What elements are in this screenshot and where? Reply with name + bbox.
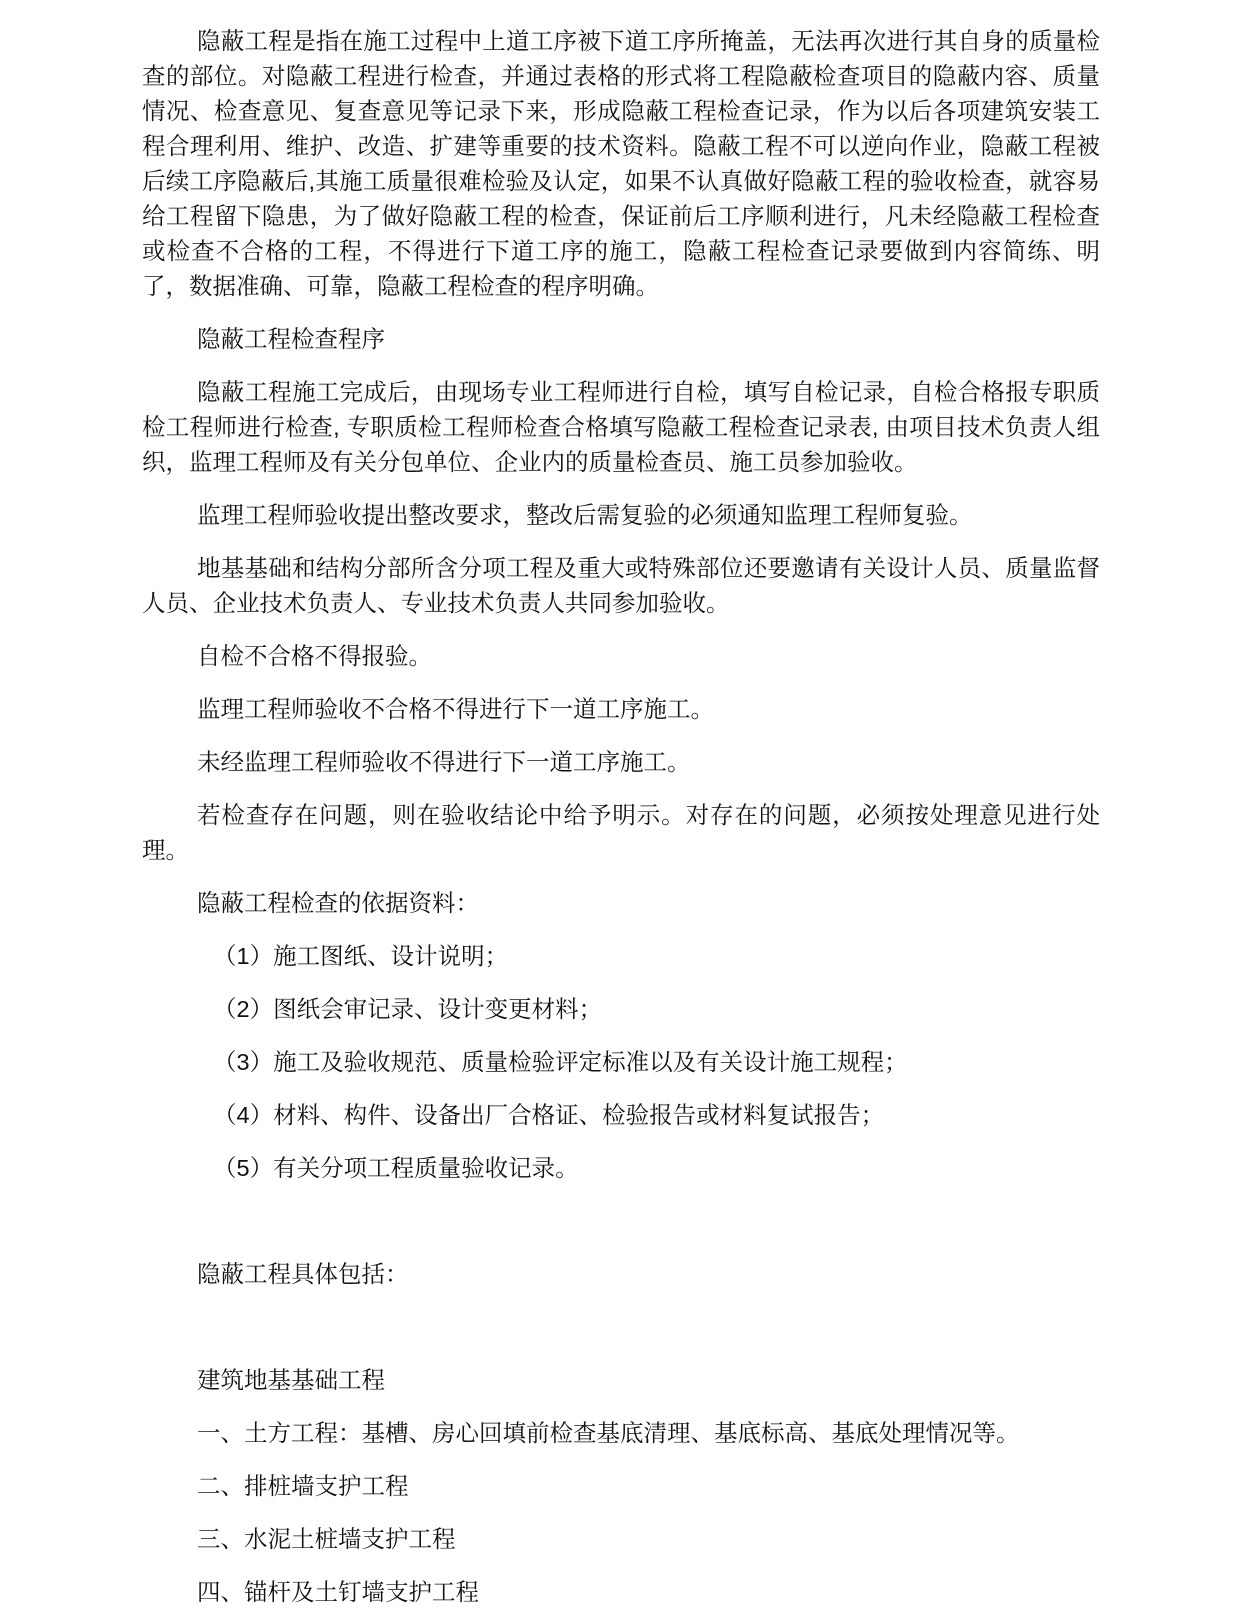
paragraph-definition: 隐蔽工程是指在施工过程中上道工序被下道工序所掩盖，无法再次进行其自身的质量检查的… — [142, 24, 1100, 304]
list-item-cement-soil-pile-wall: 三、水泥土桩墙支护工程 — [142, 1522, 1100, 1557]
list-item-basis-4: （4）材料、构件、设备出厂合格证、检验报告或材料复试报告； — [142, 1098, 1100, 1133]
list-item-basis-2: （2）图纸会审记录、设计变更材料； — [142, 992, 1100, 1027]
paragraph-supervisor-acceptance-fail: 监理工程师验收不合格不得进行下一道工序施工。 — [142, 692, 1100, 727]
heading-building-foundation-works: 建筑地基基础工程 — [142, 1363, 1100, 1398]
paragraph-self-check-fail: 自检不合格不得报验。 — [142, 639, 1100, 674]
list-item-earthwork: 一、土方工程：基槽、房心回填前检查基底清理、基底标高、基底处理情况等。 — [142, 1416, 1100, 1451]
paragraph-no-acceptance-no-next-step: 未经监理工程师验收不得进行下一道工序施工。 — [142, 745, 1100, 780]
paragraph-supervisor-rectification: 监理工程师验收提出整改要求，整改后需复验的必须通知监理工程师复验。 — [142, 498, 1100, 533]
list-item-pile-wall-support: 二、排桩墙支护工程 — [142, 1469, 1100, 1504]
list-item-basis-5: （5）有关分项工程质量验收记录。 — [142, 1151, 1100, 1186]
heading-specific-includes: 隐蔽工程具体包括： — [142, 1257, 1100, 1292]
list-item-anchor-soil-nail-wall: 四、锚杆及土钉墙支护工程 — [142, 1575, 1100, 1610]
paragraph-problem-handling: 若检查存在问题，则在验收结论中给予明示。对存在的问题，必须按处理意见进行处理。 — [142, 798, 1100, 868]
document-page: 隐蔽工程是指在施工过程中上道工序被下道工序所掩盖，无法再次进行其自身的质量检查的… — [0, 0, 1242, 1624]
heading-check-procedure: 隐蔽工程检查程序 — [142, 322, 1100, 357]
paragraph-foundation-participants: 地基基础和结构分部所含分项工程及重大或特殊部位还要邀请有关设计人员、质量监督人员… — [142, 551, 1100, 621]
list-item-basis-1: （1）施工图纸、设计说明； — [142, 939, 1100, 974]
list-item-basis-3: （3）施工及验收规范、质量检验评定标准以及有关设计施工规程； — [142, 1045, 1100, 1080]
blank-line-2 — [142, 1310, 1100, 1345]
paragraph-self-inspection-flow: 隐蔽工程施工完成后，由现场专业工程师进行自检，填写自检记录，自检合格报专职质检工… — [142, 375, 1100, 480]
heading-basis-materials: 隐蔽工程检查的依据资料： — [142, 886, 1100, 921]
blank-line-1 — [142, 1204, 1100, 1239]
